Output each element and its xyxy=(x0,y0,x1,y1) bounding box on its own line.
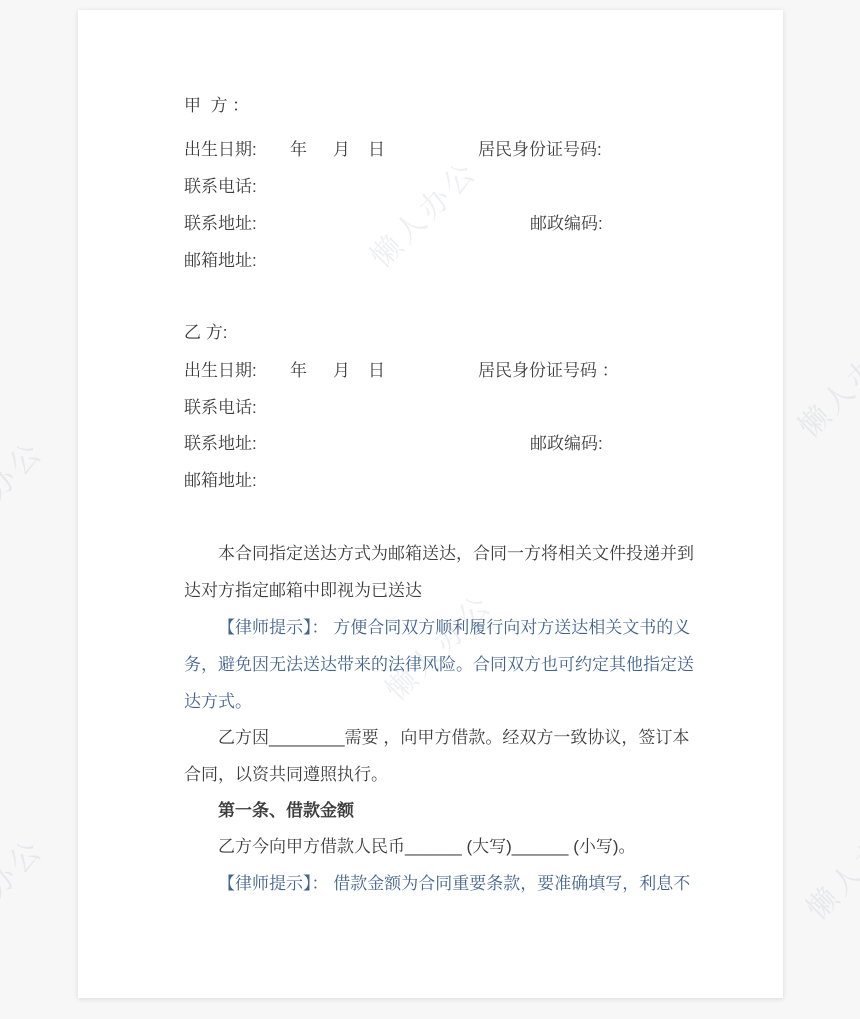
party-a-day-label: 日 xyxy=(368,139,385,161)
loan-intro-line: 乙方因________需要 ，向甲方借款。经双方一致协议，签订本 xyxy=(218,727,689,749)
party-a-title: 甲 方 ： xyxy=(184,95,249,117)
watermark: 懒人办公 xyxy=(0,826,52,953)
party-b-birth-label: 出生日期: xyxy=(184,360,257,382)
delivery-clause-line: 本合同指定送达方式为邮箱送达，合同一方将相关文件投递并到 xyxy=(218,543,694,565)
party-b-postal-label: 邮政编码: xyxy=(530,433,603,455)
party-a-phone-label: 联系电话: xyxy=(184,176,257,198)
lawyer-tip-delivery-line: 达方式。 xyxy=(184,691,252,713)
party-b-phone-label: 联系电话: xyxy=(184,397,257,419)
party-b-address-row: 联系地址: 邮政编码: xyxy=(78,433,783,455)
watermark: 懒人办公 xyxy=(794,800,860,927)
party-a-address-row: 联系地址: 邮政编码: xyxy=(78,213,783,235)
party-a-birth-label: 出生日期: xyxy=(184,139,257,161)
watermark: 懒人办公 xyxy=(786,318,860,445)
party-b-title: 乙 方: xyxy=(184,322,227,344)
party-a-email-label: 邮箱地址: xyxy=(184,250,257,272)
party-b-id-label: 居民身份证号码 ： xyxy=(478,360,619,382)
party-b-year-label: 年 xyxy=(290,360,307,382)
party-b-email-label: 邮箱地址: xyxy=(184,470,257,492)
party-a-birth-row: 出生日期: 年 月 日 居民身份证号码: xyxy=(78,139,783,161)
delivery-clause-line: 达对方指定邮箱中即视为已送达 xyxy=(184,580,422,602)
party-b-month-label: 月 xyxy=(333,360,350,382)
watermark: 懒人办公 xyxy=(0,428,52,555)
contract-page: 懒人办公 懒人办公 甲 方 ： 出生日期: 年 月 日 居民身份证号码: 联系电… xyxy=(78,10,783,998)
party-a-year-label: 年 xyxy=(290,139,307,161)
party-b-address-label: 联系地址: xyxy=(184,433,257,455)
party-a-id-label: 居民身份证号码: xyxy=(478,139,602,161)
party-b-day-label: 日 xyxy=(368,360,385,382)
lawyer-tip-delivery-line: 务，避免因无法送达带来的法律风险。合同双方也可约定其他指定送 xyxy=(184,654,694,676)
party-a-address-label: 联系地址: xyxy=(184,213,257,235)
watermark: 懒人办公 xyxy=(358,148,485,275)
party-b-birth-row: 出生日期: 年 月 日 居民身份证号码 ： xyxy=(78,360,783,382)
viewer-background: 懒人办公 懒人办公 懒人办公 懒人办公 懒人办公 懒人办公 甲 方 ： 出生日期… xyxy=(0,0,860,1019)
loan-intro-line: 合同，以资共同遵照执行。 xyxy=(184,764,388,786)
loan-amount-line: 乙方今向甲方借款人民币______ (大写)______ (小写)。 xyxy=(218,836,636,858)
lawyer-tip-amount-line: 【律师提示】： 借款金额为合同重要条款，要准确填写，利息不 xyxy=(218,873,690,895)
article-1-heading: 第一条、借款金额 xyxy=(218,800,354,822)
lawyer-tip-delivery-line: 【律师提示】： 方便合同双方顺利履行向对方送达相关文书的义 xyxy=(218,617,690,639)
party-a-month-label: 月 xyxy=(333,139,350,161)
party-a-postal-label: 邮政编码: xyxy=(530,213,603,235)
